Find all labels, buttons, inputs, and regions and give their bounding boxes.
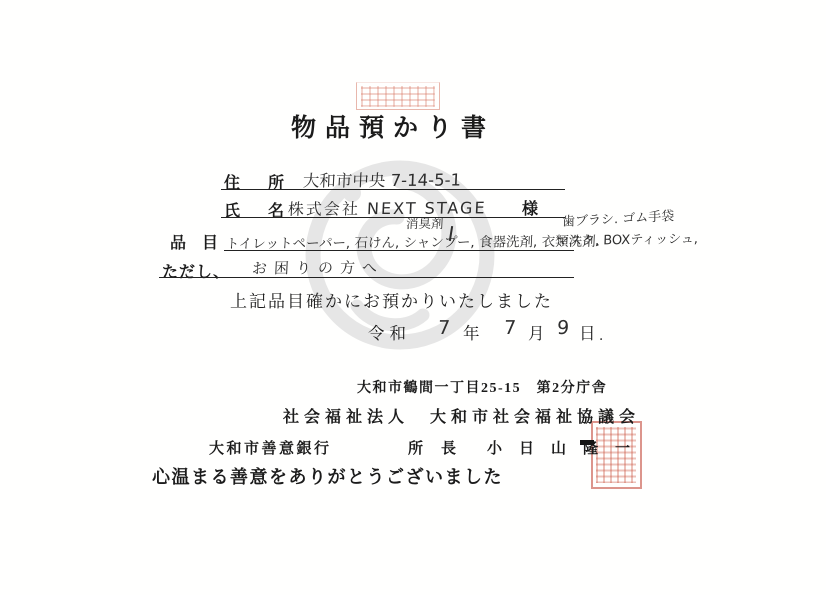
- items-label: 品 目: [170, 230, 218, 253]
- proviso-label: ただし、: [162, 259, 230, 282]
- items-value: トイレットペーパー, 石けん, シャンプー, 食器洗剤, 衣類洗剤.: [225, 230, 600, 253]
- name-underline: [221, 217, 565, 218]
- items-inserted-word: 消臭剤: [406, 214, 444, 232]
- date-month-value: 7: [503, 317, 516, 339]
- date-month-unit: 月: [528, 320, 545, 344]
- date-trailing-dot: .: [599, 328, 604, 344]
- organization-name: 社会福祉法人 大和市社会福祉協議会: [283, 404, 640, 427]
- date-day-value: 9: [556, 317, 569, 339]
- date-year-unit: 年: [463, 320, 480, 344]
- proviso-underline: [159, 277, 574, 278]
- date-era: 令和: [368, 320, 411, 344]
- margin-note-line2: マスク, BOXティッシュ,: [556, 228, 699, 249]
- date-day-unit: 日: [579, 320, 596, 344]
- document-title: 物品預かり書: [291, 108, 495, 144]
- items-underline: [224, 250, 574, 251]
- ink-dash-mark: [580, 440, 594, 445]
- office-address: 大和市鶴間一丁目25-15 第2分庁舎: [357, 377, 607, 397]
- thanks-message: 心温まる善意をありがとうございました: [152, 463, 503, 489]
- honorific-sama: 様: [522, 196, 538, 219]
- date-year-value: 7: [437, 317, 450, 339]
- bank-name: 大和市善意銀行: [209, 437, 332, 458]
- address-underline: [221, 189, 565, 190]
- director-name: 小日山隆一: [487, 437, 647, 458]
- proviso-value: お困りの方へ: [252, 257, 385, 279]
- confirmation-statement: 上記品目確かにお預かりいたしました: [230, 287, 553, 312]
- margin-note-line1: 歯ブラシ. ゴム手袋: [562, 205, 674, 230]
- red-stamp-top: [356, 82, 440, 110]
- director-title: 所長: [408, 437, 474, 458]
- scanned-receipt-document: 物品預かり書 住 所 大和市中央 7-14-5-1 氏 名 株式会社 NEXT …: [0, 0, 826, 595]
- address-value: 大和市中央 7-14-5-1: [302, 166, 461, 191]
